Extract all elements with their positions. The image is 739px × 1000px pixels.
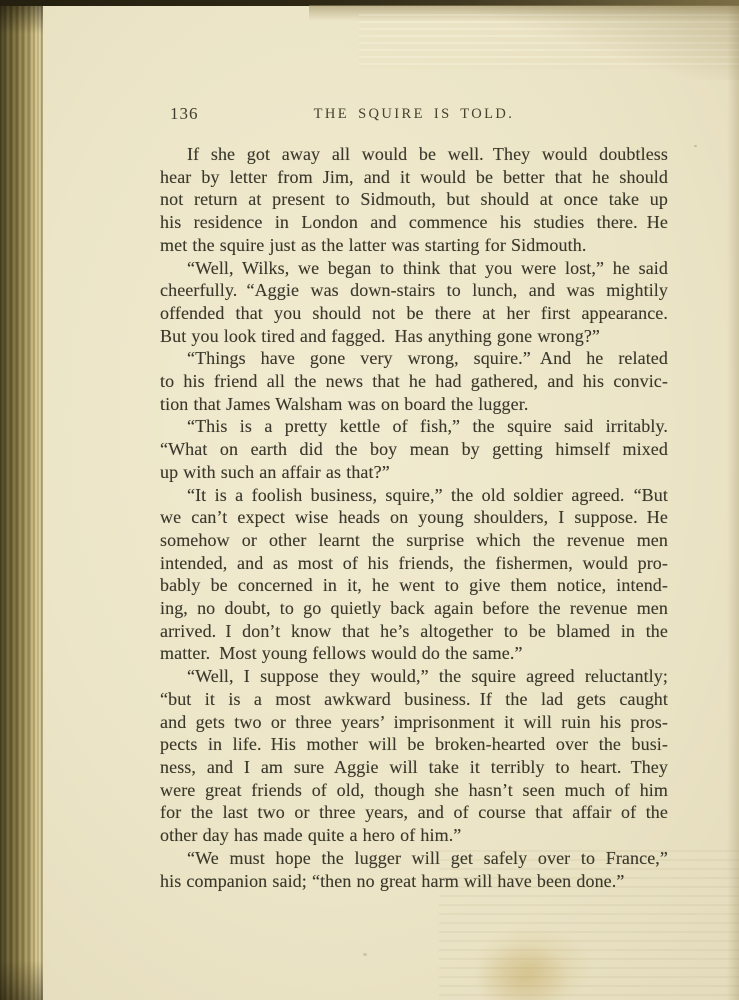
text-line: tion that James Walsham was on board the… [160, 393, 668, 416]
text-line: cheerfully. “Aggie was down-stairs to lu… [160, 279, 668, 302]
text-line: ing, no doubt, to go quietly back again … [160, 597, 668, 620]
paper-speck [694, 145, 697, 147]
running-head-title: THE SQUIRE IS TOLD. [160, 103, 668, 123]
text-line: for the last two or three years, and of … [160, 801, 668, 824]
text-line: his residence in London and commence his… [160, 211, 668, 234]
page-number: 136 [170, 104, 199, 124]
text-line: met the squire just as the latter was st… [160, 234, 668, 257]
text-line: pects in life. His mother will be broken… [160, 733, 668, 756]
paper-speck [363, 953, 367, 956]
text-line: “but it is a most awkward business. If t… [160, 688, 668, 711]
scanned-book-page: 136 THE SQUIRE IS TOLD. If she got away … [0, 0, 739, 1000]
body-text: If she got away all would be well. They … [160, 143, 668, 892]
text-line: “Things have gone very wrong, squire.” A… [160, 347, 668, 370]
text-line: and gets two or three years’ imprisonmen… [160, 711, 668, 734]
text-line: up with such an affair as that?” [160, 461, 668, 484]
text-line: “This is a pretty kettle of fish,” the s… [160, 415, 668, 438]
text-line: not return at present to Sidmouth, but s… [160, 188, 668, 211]
paper-stain [468, 922, 598, 1000]
text-line: “We must hope the lugger will get safely… [160, 847, 668, 870]
text-line: his companion said; “then no great harm … [160, 870, 668, 893]
text-line: If she got away all would be well. They … [160, 143, 668, 166]
text-line: other day has made quite a hero of him.” [160, 824, 668, 847]
text-line: “Well, I suppose they would,” the squire… [160, 665, 668, 688]
text-line: “What on earth did the boy mean by getti… [160, 438, 668, 461]
text-line: ness, and I am sure Aggie will take it t… [160, 756, 668, 779]
page-header: 136 THE SQUIRE IS TOLD. [160, 103, 668, 127]
text-line: “Well, Wilks, we began to think that you… [160, 257, 668, 280]
text-line: offended that you should not be there at… [160, 302, 668, 325]
text-line: matter. Most young fellows would do the … [160, 642, 668, 665]
text-line: But you look tired and fagged. Has anyth… [160, 325, 668, 348]
text-line: somehow or other learnt the surprise whi… [160, 529, 668, 552]
book-binding-page-edges [0, 0, 43, 1000]
text-line: intended, and as most of his friends, th… [160, 552, 668, 575]
text-line: bably be concerned in it, he went to giv… [160, 574, 668, 597]
text-line: hear by letter from Jim, and it would be… [160, 166, 668, 189]
text-line: arrived. I don’t know that he’s altogeth… [160, 620, 668, 643]
text-line: we can’t expect wise heads on young shou… [160, 506, 668, 529]
corner-shadow-top-right [479, 0, 739, 80]
text-line: “It is a foolish business, squire,” the … [160, 484, 668, 507]
text-line: to his friend all the news that he had g… [160, 370, 668, 393]
text-line: were great friends of old, though she ha… [160, 779, 668, 802]
